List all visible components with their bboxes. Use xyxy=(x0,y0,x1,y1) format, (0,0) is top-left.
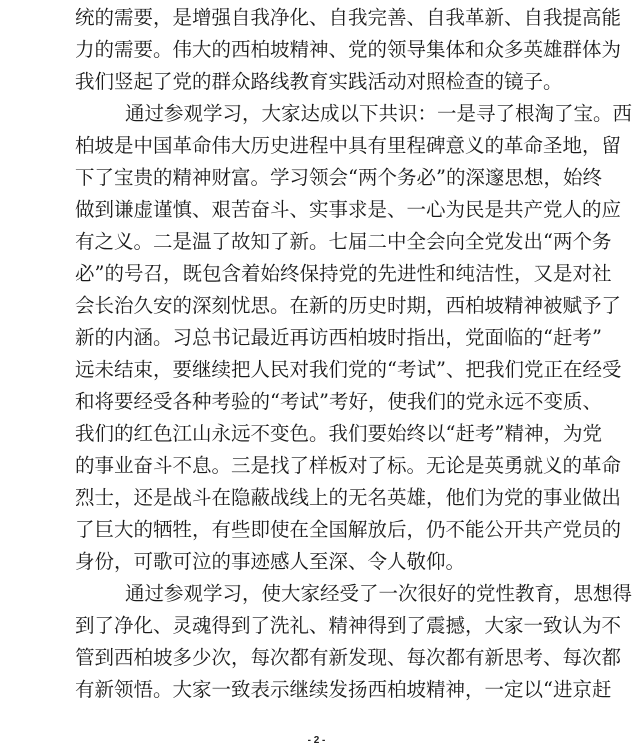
text-line: 有之义。二是温了故知了新。七届二中全会向全党发出“两个务 xyxy=(75,226,559,258)
text-line: 我们竖起了党的群众路线教育实践活动对照检查的镜子。 xyxy=(75,66,559,98)
text-line: 统的需要，是增强自我净化、自我完善、自我革新、自我提高能 xyxy=(75,2,559,34)
text-line: 远未结束，要继续把人民对我们党的“考试”、把我们党正在经受 xyxy=(75,354,559,386)
text-line: 的事业奋斗不息。三是找了样板对了标。无论是英勇就义的革命 xyxy=(75,450,559,482)
paragraph-start-line: 通过参观学习，大家达成以下共识：一是寻了根淘了宝。西 xyxy=(75,98,559,130)
document-page: 统的需要，是增强自我净化、自我完善、自我革新、自我提高能 力的需要。伟大的西柏坡… xyxy=(0,0,633,750)
text-line: 会长治久安的深刻忧思。在新的历史时期，西柏坡精神被赋予了 xyxy=(75,290,559,322)
text-line: 柏坡是中国革命伟大历史进程中具有里程碑意义的革命圣地，留 xyxy=(75,130,559,162)
paragraph-start-line: 通过参观学习，使大家经受了一次很好的党性教育，思想得 xyxy=(75,578,559,610)
body-text: 统的需要，是增强自我净化、自我完善、自我革新、自我提高能 力的需要。伟大的西柏坡… xyxy=(75,2,559,706)
text-line: 有新领悟。大家一致表示继续发扬西柏坡精神，一定以“进京赶 xyxy=(75,674,559,706)
text-line: 身份，可歌可泣的事迹感人至深、令人敬仰。 xyxy=(75,546,559,578)
text-line: 到了净化、灵魂得到了洗礼、精神得到了震撼，大家一致认为不 xyxy=(75,610,559,642)
text-line: 了巨大的牺牲，有些即使在全国解放后，仍不能公开共产党员的 xyxy=(75,514,559,546)
page-number: - 2 - xyxy=(0,735,633,746)
text-line: 和将要经受各种考验的“考试”考好，使我们的党永远不变质、 xyxy=(75,386,559,418)
text-line: 烈士，还是战斗在隐蔽战线上的无名英雄，他们为党的事业做出 xyxy=(75,482,559,514)
text-line: 做到谦虚谨慎、艰苦奋斗、实事求是、一心为民是共产党人的应 xyxy=(75,194,559,226)
text-line: 必”的号召，既包含着始终保持党的先进性和纯洁性，又是对社 xyxy=(75,258,559,290)
text-line: 力的需要。伟大的西柏坡精神、党的领导集体和众多英雄群体为 xyxy=(75,34,559,66)
text-line: 下了宝贵的精神财富。学习领会“两个务必”的深邃思想，始终 xyxy=(75,162,559,194)
text-line: 我们的红色江山永远不变色。我们要始终以“赶考”精神，为党 xyxy=(75,418,559,450)
text-line: 管到西柏坡多少次，每次都有新发现、每次都有新思考、每次都 xyxy=(75,642,559,674)
text-line: 新的内涵。习总书记最近再访西柏坡时指出，党面临的“赶考” xyxy=(75,322,559,354)
